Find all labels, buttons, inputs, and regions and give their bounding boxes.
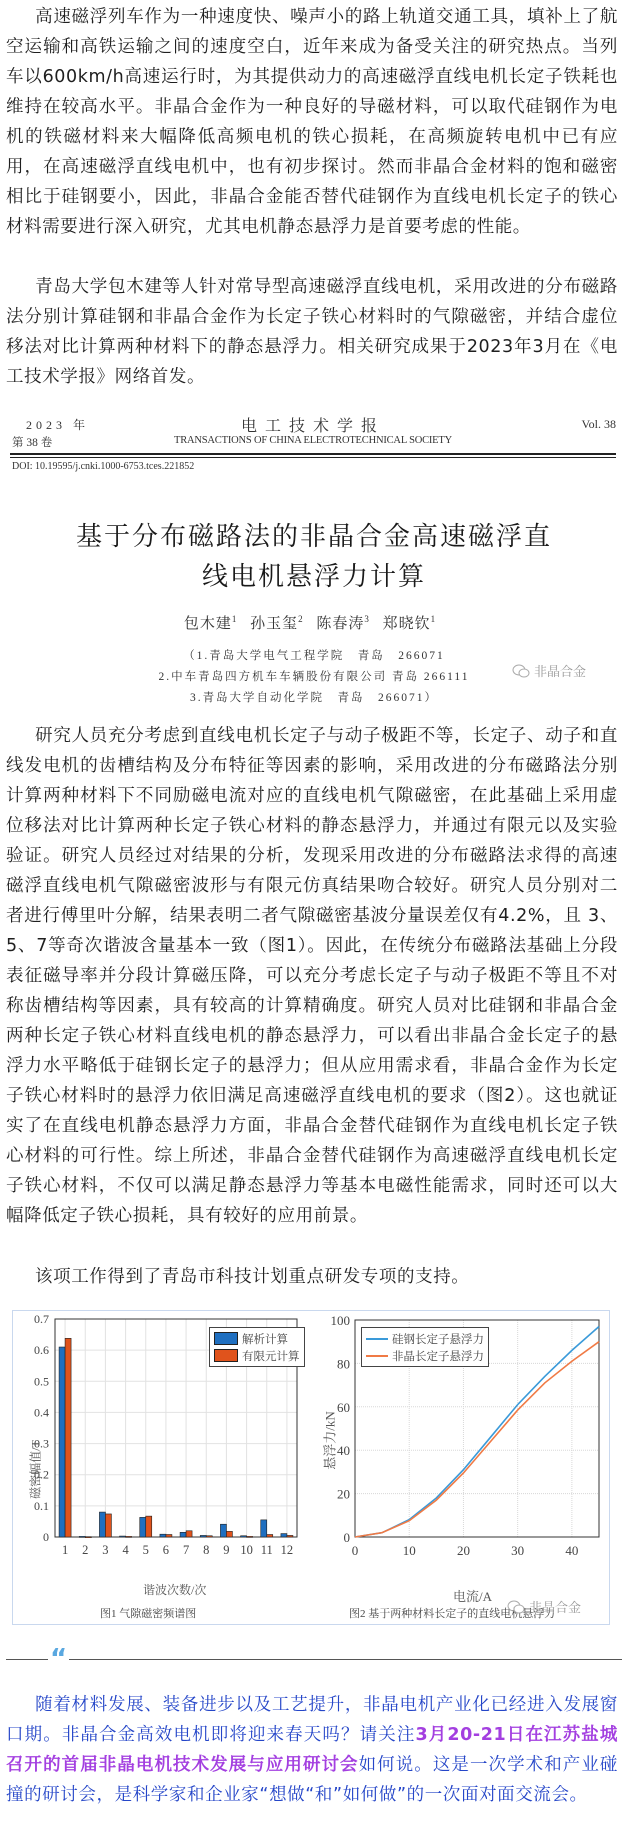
svg-text:0.5: 0.5 — [34, 1374, 49, 1388]
figure-1-caption: 图1 气隙磁密频谱图 — [100, 1605, 196, 1621]
legend-item: 硅钢长定子悬浮力 — [366, 1330, 484, 1347]
svg-text:1: 1 — [62, 1543, 68, 1557]
legend-swatch — [214, 1349, 238, 1362]
svg-text:40: 40 — [565, 1543, 578, 1558]
bar-legend: 解析计算 有限元计算 — [209, 1327, 305, 1367]
legend-label: 非晶长定子悬浮力 — [392, 1348, 484, 1364]
author: 陈春涛 — [316, 616, 364, 632]
legend-label: 硅钢长定子悬浮力 — [392, 1331, 484, 1347]
figure-1-bar-chart: 00.10.20.30.40.50.60.7123456789101112 磁密… — [13, 1311, 313, 1624]
svg-text:100: 100 — [331, 1313, 351, 1328]
svg-text:0.4: 0.4 — [34, 1405, 49, 1419]
line-legend: 硅钢长定子悬浮力 非晶长定子悬浮力 — [361, 1327, 489, 1367]
authors: 包木建1 孙玉玺2 陈春涛3 郑晓钦1 — [0, 612, 628, 633]
wechat-icon — [507, 1600, 525, 1614]
figure-2-line-chart: 020406080100010203040 悬浮力/kN 电流/A 图2 基于两… — [311, 1311, 609, 1624]
line-y-axis-label: 悬浮力/kN — [320, 1401, 339, 1481]
body-paragraph-4: 该项工作得到了青岛市科技计划重点研发专项的支持。 — [6, 1262, 618, 1292]
legend-label: 有限元计算 — [242, 1348, 300, 1364]
legend-item: 有限元计算 — [214, 1347, 300, 1364]
svg-text:80: 80 — [337, 1356, 350, 1371]
wechat-icon — [512, 664, 530, 678]
svg-text:11: 11 — [261, 1543, 273, 1557]
svg-text:0: 0 — [344, 1530, 351, 1545]
svg-text:6: 6 — [163, 1543, 169, 1557]
svg-text:5: 5 — [143, 1543, 149, 1557]
author: 郑晓钦 — [383, 616, 431, 632]
header-rule-thin — [10, 457, 616, 458]
svg-text:12: 12 — [281, 1543, 294, 1557]
line-x-axis-label: 电流/A — [453, 1586, 492, 1605]
header-rule — [10, 453, 616, 455]
author-sup: 3 — [364, 614, 370, 624]
paper-title: 基于分布磁路法的非晶合金高速磁浮直 线电机悬浮力计算 — [0, 517, 628, 597]
closing-paragraph: 随着材料发展、装备进步以及工艺提升，非晶电机产业化已经进入发展窗口期。非晶合金高… — [6, 1690, 618, 1810]
svg-text:40: 40 — [337, 1443, 350, 1458]
svg-text:20: 20 — [337, 1487, 350, 1502]
journal-title-cn: 电工技术学报 — [10, 413, 616, 436]
author: 孙玉玺 — [250, 616, 298, 632]
quote-icon: “ — [48, 1646, 69, 1672]
legend-item: 解析计算 — [214, 1330, 300, 1347]
author-sup: 1 — [431, 614, 437, 624]
svg-text:0.6: 0.6 — [34, 1343, 49, 1357]
legend-line — [366, 1355, 388, 1357]
paper-title-line-2: 线电机悬浮力计算 — [0, 557, 628, 597]
svg-text:8: 8 — [203, 1543, 209, 1557]
legend-label: 解析计算 — [242, 1331, 288, 1347]
legend-swatch — [214, 1332, 238, 1345]
bar-x-axis-label: 谐波次数/次 — [143, 1581, 206, 1598]
doi: DOI: 10.19595/j.cnki.1000-6753.tces.2218… — [12, 461, 194, 472]
intro-paragraph-2: 青岛大学包木建等人针对常导型高速磁浮直线电机，采用改进的分布磁路法分别计算硅钢和… — [6, 272, 618, 392]
svg-text:0.7: 0.7 — [34, 1312, 49, 1326]
svg-text:0: 0 — [352, 1543, 359, 1558]
section-divider — [6, 1659, 622, 1660]
journal-volume-en: Vol. 38 — [582, 417, 616, 432]
intro-paragraph-1: 高速磁浮列车作为一种速度快、噪声小的路上轨道交通工具，填补上了航空运输和高铁运输… — [6, 2, 618, 242]
author-sup: 1 — [232, 614, 238, 624]
figure-panel: 00.10.20.30.40.50.60.7123456789101112 磁密… — [12, 1310, 610, 1625]
author: 包木建 — [184, 616, 232, 632]
legend-item: 非晶长定子悬浮力 — [366, 1347, 484, 1364]
svg-text:30: 30 — [511, 1543, 524, 1558]
svg-text:0: 0 — [43, 1530, 49, 1544]
svg-text:2: 2 — [82, 1543, 88, 1557]
svg-text:10: 10 — [240, 1543, 253, 1557]
body-paragraph-3: 研究人员充分考虑到直线电机长定子与动子极距不等，长定子、动子和直线发电机的齿槽结… — [6, 721, 618, 1231]
svg-text:10: 10 — [403, 1543, 416, 1558]
svg-text:4: 4 — [122, 1543, 129, 1557]
svg-text:60: 60 — [337, 1400, 350, 1415]
svg-text:9: 9 — [223, 1543, 229, 1557]
watermark-label: 非晶合金 — [529, 1597, 581, 1616]
affiliation-3: 3.青岛大学自动化学院 青岛 266071） — [0, 689, 628, 705]
svg-text:7: 7 — [183, 1543, 189, 1557]
figure-watermark: 非晶合金 — [507, 1597, 581, 1616]
paper-title-line-1: 基于分布磁路法的非晶合金高速磁浮直 — [0, 517, 628, 557]
watermark: 非晶合金 — [512, 661, 586, 680]
svg-text:3: 3 — [102, 1543, 108, 1557]
legend-line — [366, 1338, 388, 1340]
journal-title-en: TRANSACTIONS OF CHINA ELECTROTECHNICAL S… — [10, 435, 616, 446]
watermark-label: 非晶合金 — [534, 661, 586, 680]
bar-y-axis-label: 磁密幅值/T — [27, 1430, 44, 1510]
svg-text:20: 20 — [457, 1543, 470, 1558]
author-sup: 2 — [298, 614, 304, 624]
